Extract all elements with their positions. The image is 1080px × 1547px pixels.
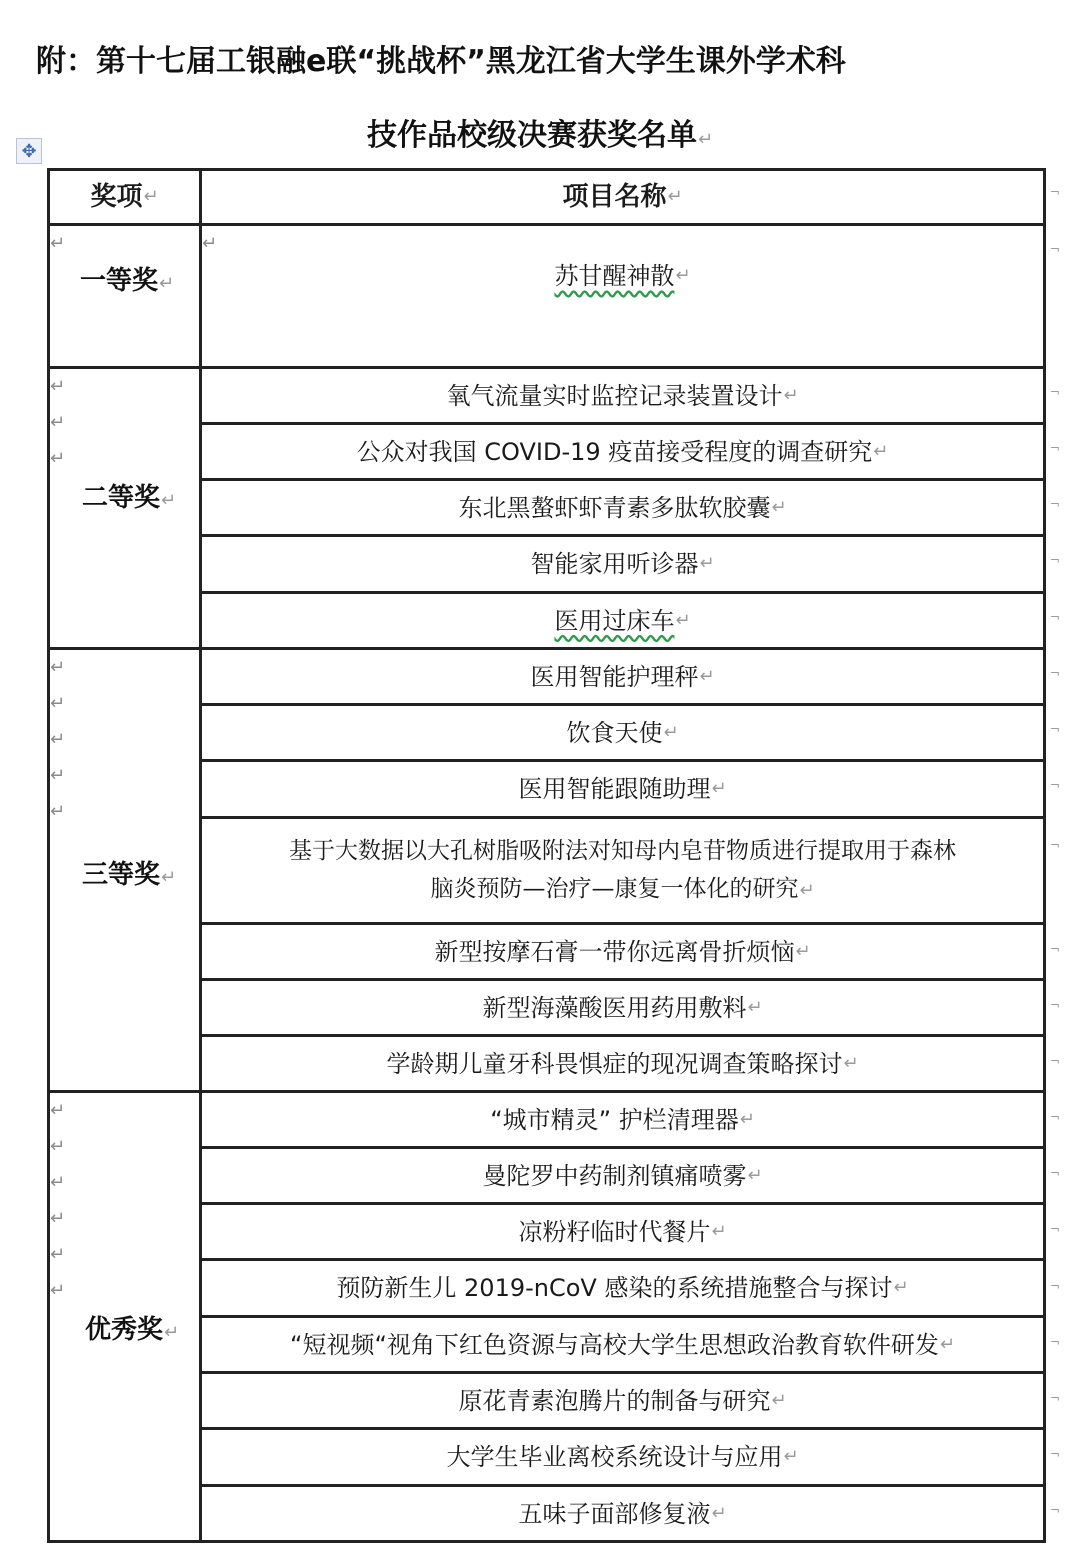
row-end-mark-icon: ¬ bbox=[1050, 610, 1060, 624]
project-cell: 新型海藻酸医用药用敷料↵ bbox=[202, 981, 1043, 1034]
row-end-mark-icon: ¬ bbox=[1050, 666, 1060, 680]
project-name: 五味子面部修复液 bbox=[518, 1496, 710, 1532]
paragraph-mark-icon: ↵ bbox=[50, 441, 65, 477]
title-text-1: 附：第十七届工银融e联“挑战杯”黑龙江省大学生课外学术科 bbox=[36, 44, 846, 79]
paragraph-mark-icon: ↵ bbox=[771, 1383, 786, 1419]
project-name: “短视频“视角下红色资源与高校大学生思想政治教育软件研发 bbox=[290, 1327, 939, 1363]
paragraph-mark-icon: ↵ bbox=[143, 179, 158, 215]
project-cell: 东北黑螯虾虾青素多肽软胶囊↵ bbox=[202, 481, 1043, 534]
project-name: 东北黑螯虾虾青素多肽软胶囊 bbox=[458, 490, 770, 526]
project-name: 医用智能护理秤 bbox=[530, 659, 698, 695]
project-cell: 凉粉籽临时代餐片↵ bbox=[202, 1205, 1043, 1258]
project-name-line-2-text: 脑炎预防—治疗—康复一体化的研究 bbox=[430, 876, 798, 902]
project-name: 智能家用听诊器 bbox=[530, 546, 698, 582]
award-label: 优秀奖 bbox=[85, 1315, 163, 1345]
project-cell: 大学生毕业离校系统设计与应用↵ bbox=[202, 1430, 1043, 1484]
paragraph-mark-icon: ↵ bbox=[747, 1158, 762, 1194]
paragraph-mark-icon: ↵ bbox=[663, 715, 678, 751]
award-label: 三等奖 bbox=[82, 860, 160, 890]
paragraph-mark-icon: ↵ bbox=[50, 369, 65, 405]
row-end-mark-icon: ¬ bbox=[1050, 242, 1060, 256]
row-end-mark-icon: ¬ bbox=[1050, 1503, 1060, 1517]
award-label: 一等奖 bbox=[80, 266, 158, 296]
paragraph-mark-icon: ↵ bbox=[675, 258, 690, 294]
project-name: 医用过床车 bbox=[554, 603, 674, 639]
row-end-mark-icon: ¬ bbox=[1050, 778, 1060, 792]
row-end-mark-icon: ¬ bbox=[1050, 553, 1060, 567]
project-name: 苏甘醒神散 bbox=[554, 258, 674, 294]
row-end-mark-icon: ¬ bbox=[1050, 838, 1060, 852]
row-end-mark-icon: ¬ bbox=[1050, 1335, 1060, 1349]
project-name: 新型海藻酸医用药用敷料 bbox=[482, 990, 746, 1026]
paragraph-mark-icon: ↵ bbox=[740, 1102, 755, 1138]
project-name: 氧气流量实时监控记录装置设计 bbox=[446, 378, 782, 414]
project-name: 大学生毕业离校系统设计与应用 bbox=[446, 1439, 782, 1475]
project-cell: 五味子面部修复液↵ bbox=[202, 1487, 1043, 1540]
project-cell: 医用智能跟随助理↵ bbox=[202, 762, 1043, 816]
project-cell: 饮食天使↵ bbox=[202, 706, 1043, 759]
document-title-line-2: 技作品校级决赛获奖名单↵ bbox=[0, 110, 1080, 154]
paragraph-mark-icon: ↵ bbox=[893, 1270, 908, 1306]
project-cell: “短视频“视角下红色资源与高校大学生思想政治教育软件研发↵ bbox=[202, 1318, 1043, 1371]
paragraph-mark-icon: ↵ bbox=[747, 990, 762, 1026]
paragraph-mark-icon: ↵ bbox=[711, 1214, 726, 1250]
paragraph-mark-icon: ↵ bbox=[783, 378, 798, 414]
project-name: 凉粉籽临时代餐片 bbox=[518, 1214, 710, 1250]
paragraph-mark-icon: ↵ bbox=[161, 867, 176, 888]
paragraph-mark-icon: ↵ bbox=[783, 1439, 798, 1475]
award-label: 二等奖 bbox=[82, 483, 160, 513]
paragraph-mark-icon: ↵ bbox=[50, 405, 65, 441]
paragraph-mark-icon: ↵ bbox=[771, 490, 786, 526]
row-end-mark-icon: ¬ bbox=[1050, 1166, 1060, 1180]
row-end-mark-icon: ¬ bbox=[1050, 441, 1060, 455]
paragraph-mark-icon: ↵ bbox=[164, 1322, 179, 1343]
row-end-mark-icon: ¬ bbox=[1050, 1110, 1060, 1124]
project-cell: 学龄期儿童牙科畏惧症的现况调查策略探讨↵ bbox=[202, 1037, 1043, 1090]
award-excellent: 优秀奖↵ bbox=[85, 1309, 179, 1346]
document-title-line-1: 附：第十七届工银融e联“挑战杯”黑龙江省大学生课外学术科 bbox=[36, 36, 846, 80]
header-award-text: 奖项 bbox=[90, 179, 142, 215]
paragraph-mark-icon: ↵ bbox=[667, 179, 682, 215]
project-cell: 预防新生儿 2019-nCoV 感染的系统措施整合与探讨↵ bbox=[202, 1261, 1043, 1315]
row-end-mark-icon: ¬ bbox=[1050, 942, 1060, 956]
project-name-line-1: 基于大数据以大孔树脂吸附法对知母内皂苷物质进行提取用于森林 bbox=[289, 832, 956, 870]
paragraph-mark-icon: ↵ bbox=[50, 1201, 65, 1237]
row-end-mark-icon: ¬ bbox=[1050, 185, 1060, 199]
project-name-line-2: 脑炎预防—治疗—康复一体化的研究↵ bbox=[430, 870, 814, 910]
award-third-prize: 三等奖↵ bbox=[82, 854, 176, 891]
row-end-mark-icon: ¬ bbox=[1050, 1391, 1060, 1405]
paragraph-mark-icon: ↵ bbox=[873, 434, 888, 470]
paragraph-mark-icon: ↵ bbox=[699, 659, 714, 695]
paragraph-mark-icon: ↵ bbox=[161, 490, 176, 511]
paragraph-mark-icon: ↵ bbox=[50, 650, 65, 686]
project-name: 原花青素泡腾片的制备与研究 bbox=[458, 1383, 770, 1419]
award-second-prize: 二等奖↵ bbox=[82, 477, 176, 514]
row-end-mark-icon: ¬ bbox=[1050, 1279, 1060, 1293]
header-project-name: 项目名称↵ bbox=[202, 171, 1043, 223]
project-name: 新型按摩石膏一带你远离骨折烦恼 bbox=[434, 934, 794, 970]
row-end-mark-icon: ¬ bbox=[1050, 1222, 1060, 1236]
paragraph-mark-icon: ↵ bbox=[50, 686, 65, 722]
project-name: 公众对我国 COVID-19 疫苗接受程度的调查研究 bbox=[357, 434, 873, 470]
table-move-handle-icon[interactable]: ✥ bbox=[16, 138, 42, 164]
paragraph-mark-icon: ↵ bbox=[50, 758, 65, 794]
paragraph-mark-icon: ↵ bbox=[711, 771, 726, 807]
paragraph-marks: ↵ ↵ ↵ ↵ ↵ bbox=[50, 650, 65, 830]
paragraph-mark-icon: ↵ bbox=[50, 1093, 65, 1129]
paragraph-mark-icon: ↵ bbox=[699, 546, 714, 582]
row-end-mark-icon: ¬ bbox=[1050, 497, 1060, 511]
project-name: 预防新生儿 2019-nCoV 感染的系统措施整合与探讨 bbox=[336, 1270, 892, 1306]
paragraph-mark-icon: ↵ bbox=[843, 1046, 858, 1082]
project-name: 医用智能跟随助理 bbox=[518, 771, 710, 807]
paragraph-marks: ↵ bbox=[50, 226, 65, 262]
project-cell: 医用智能护理秤↵ bbox=[202, 650, 1043, 703]
row-line bbox=[47, 1540, 1046, 1543]
project-cell: 新型按摩石膏一带你远离骨折烦恼↵ bbox=[202, 925, 1043, 978]
paragraph-mark-icon: ↵ bbox=[795, 934, 810, 970]
paragraph-mark-icon: ↵ bbox=[50, 794, 65, 830]
header-award: 奖项↵ bbox=[50, 171, 199, 223]
project-cell: 曼陀罗中药制剂镇痛喷雾↵ bbox=[202, 1149, 1043, 1202]
project-name: 曼陀罗中药制剂镇痛喷雾 bbox=[482, 1158, 746, 1194]
paragraph-mark-icon: ↵ bbox=[940, 1327, 955, 1363]
award-first-prize: 一等奖↵ bbox=[80, 260, 174, 297]
paragraph-marks: ↵ ↵ ↵ ↵ ↵ ↵ bbox=[50, 1093, 65, 1309]
paragraph-mark-icon: ↵ bbox=[50, 1165, 65, 1201]
header-project-text: 项目名称 bbox=[562, 179, 666, 215]
row-end-mark-icon: ¬ bbox=[1050, 385, 1060, 399]
paragraph-mark-icon: ↵ bbox=[799, 880, 814, 901]
row-end-mark-icon: ¬ bbox=[1050, 998, 1060, 1012]
project-cell: “城市精灵” 护栏清理器↵ bbox=[202, 1093, 1043, 1146]
project-name: “城市精灵” 护栏清理器 bbox=[490, 1102, 739, 1138]
project-cell: 医用过床车↵ bbox=[202, 594, 1043, 647]
paragraph-mark-icon: ↵ bbox=[50, 233, 65, 254]
row-end-mark-icon: ¬ bbox=[1050, 1054, 1060, 1068]
paragraph-mark-icon: ↵ bbox=[50, 722, 65, 758]
project-cell: 苏甘醒神散↵ bbox=[202, 226, 1043, 326]
row-end-mark-icon: ¬ bbox=[1050, 722, 1060, 736]
paragraph-mark-icon: ↵ bbox=[159, 273, 174, 294]
project-cell: 智能家用听诊器↵ bbox=[202, 537, 1043, 591]
paragraph-mark-icon: ↵ bbox=[698, 129, 713, 150]
project-cell: 氧气流量实时监控记录装置设计↵ bbox=[202, 369, 1043, 422]
paragraph-mark-icon: ↵ bbox=[711, 1496, 726, 1532]
project-cell: 原花青素泡腾片的制备与研究↵ bbox=[202, 1374, 1043, 1427]
row-end-mark-icon: ¬ bbox=[1050, 1447, 1060, 1461]
paragraph-mark-icon: ↵ bbox=[675, 603, 690, 639]
project-name: 饮食天使 bbox=[566, 715, 662, 751]
paragraph-mark-icon: ↵ bbox=[50, 1273, 65, 1309]
project-name: 学龄期儿童牙科畏惧症的现况调查策略探讨 bbox=[386, 1046, 842, 1082]
paragraph-mark-icon: ↵ bbox=[50, 1237, 65, 1273]
table-border-right bbox=[1043, 168, 1046, 1543]
paragraph-marks: ↵ ↵ ↵ bbox=[50, 369, 65, 477]
title-text-2: 技作品校级决赛获奖名单 bbox=[367, 118, 697, 153]
project-cell-long: 基于大数据以大孔树脂吸附法对知母内皂苷物质进行提取用于森林 脑炎预防—治疗—康复… bbox=[202, 819, 1043, 922]
project-cell: 公众对我国 COVID-19 疫苗接受程度的调查研究↵ bbox=[202, 425, 1043, 478]
paragraph-mark-icon: ↵ bbox=[50, 1129, 65, 1165]
